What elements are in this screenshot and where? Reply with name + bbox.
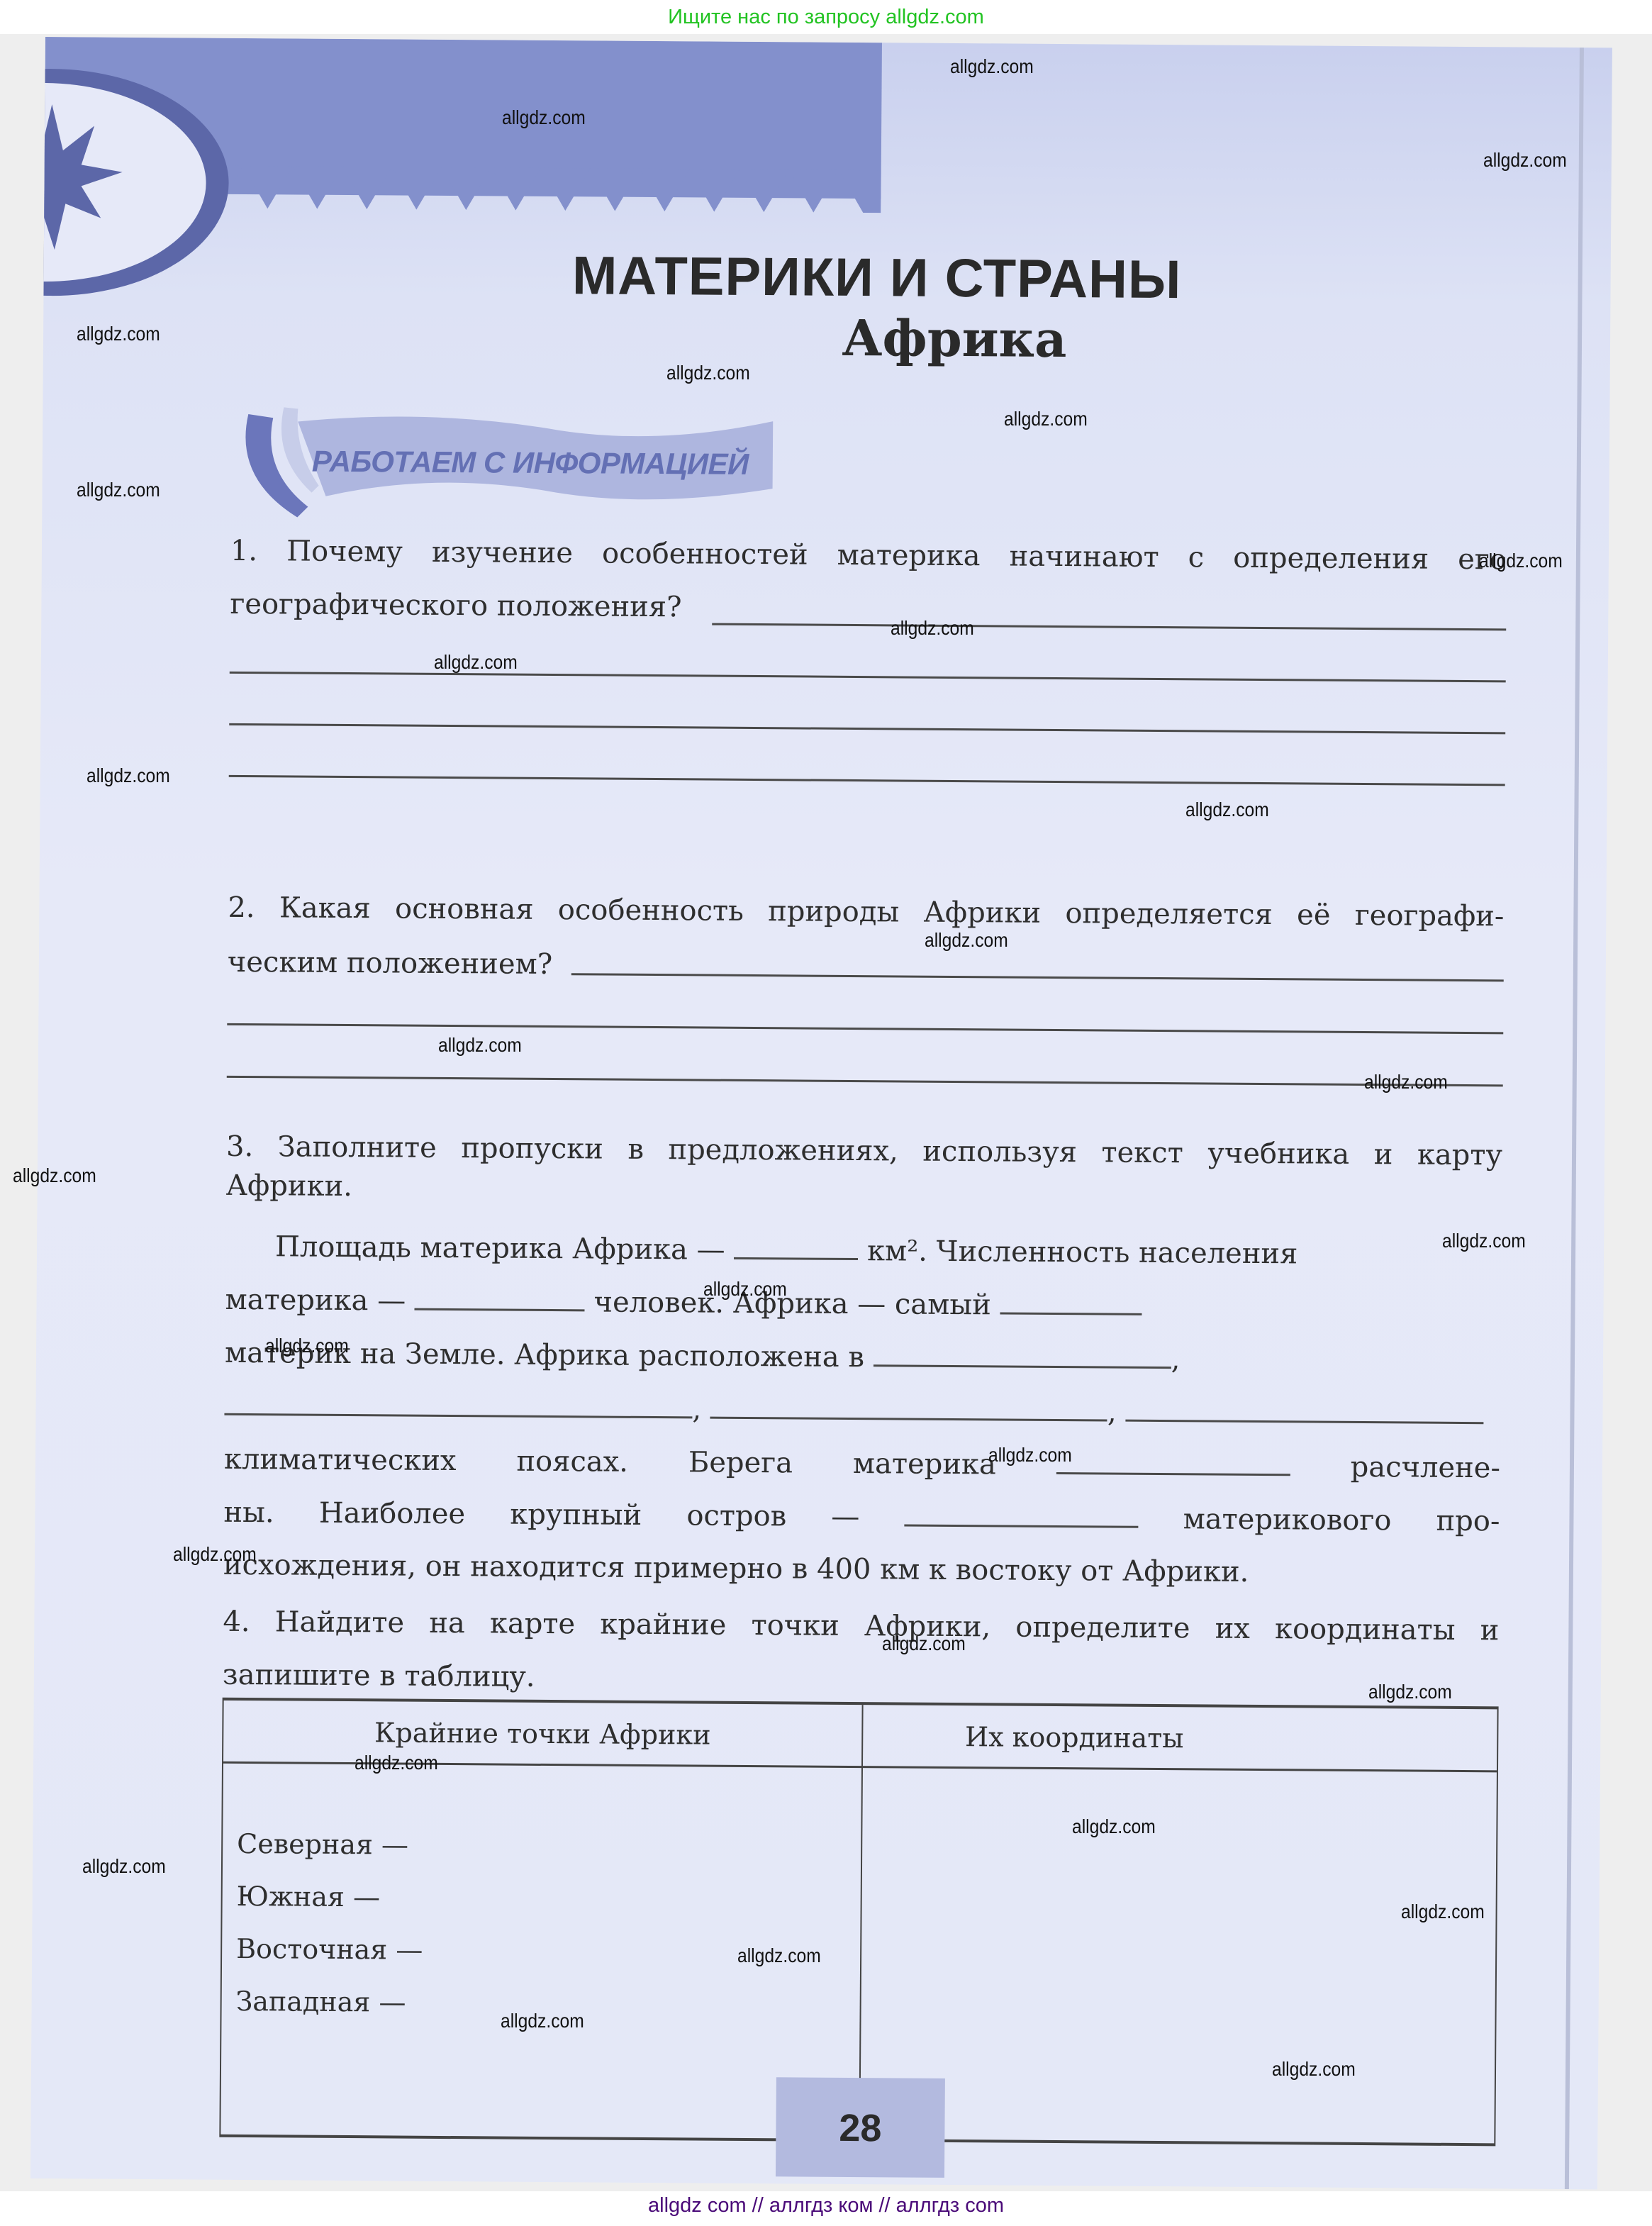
q1-answer-line-3[interactable] — [229, 723, 1505, 735]
watermark: allgdz.com — [82, 1855, 166, 1878]
watermark: allgdz.com — [77, 479, 160, 501]
table-header-coordinates: Их координаты — [861, 1720, 1287, 1754]
watermark: allgdz.com — [501, 2010, 584, 2032]
table-row-east: Восточная — — [236, 1933, 423, 1966]
q1-answer-line-1[interactable] — [712, 623, 1506, 631]
watermark: allgdz.com — [737, 1944, 821, 1967]
fill-text: человек. Африка — самый — [593, 1286, 991, 1321]
watermark: allgdz.com — [1442, 1230, 1526, 1252]
fill-text: климатических поясах. Берега материка — [224, 1443, 996, 1481]
watermark: allgdz.com — [1364, 1071, 1448, 1093]
fill-text: ны. Наиболее крупный остров — — [223, 1496, 859, 1533]
watermark: allgdz.com — [891, 617, 974, 640]
watermark: allgdz.com — [1072, 1815, 1156, 1838]
chapter-title: МАТЕРИКИ И СТРАНЫ — [43, 241, 1612, 314]
watermark: allgdz.com — [882, 1632, 966, 1655]
fill-text: , — [1107, 1396, 1117, 1429]
watermark: allgdz.com — [1004, 408, 1088, 430]
watermark: allgdz.com — [438, 1034, 522, 1057]
q1-text-line2: географического положения? — [230, 588, 681, 623]
watermark: allgdz.com — [1483, 149, 1567, 172]
watermark: allgdz.com — [13, 1164, 96, 1187]
q4-text-line2: запишите в таблицу. — [223, 1659, 535, 1693]
q3-fill-sentence-2: материка — человек. Африка — самый — [225, 1283, 1142, 1323]
q3-text-line1: 3. Заполните пропуски в предложениях, ис… — [226, 1130, 1502, 1172]
q2-answer-line-1[interactable] — [571, 973, 1504, 981]
area-blank[interactable] — [734, 1233, 858, 1260]
watermark: allgdz.com — [173, 1543, 257, 1566]
q2-text-line2: ческим положением? — [228, 946, 553, 981]
q3-fill-sentence-5: климатических поясах. Берега материка ра… — [224, 1442, 1500, 1485]
q1-answer-line-4[interactable] — [229, 775, 1505, 786]
table-column-divider — [859, 1705, 863, 2139]
q1-text-line1: 1. Почему изучение особенностей материка… — [230, 535, 1507, 577]
table-row-south: Южная — — [237, 1881, 381, 1913]
watermark: allgdz.com — [1272, 2058, 1356, 2081]
watermark: allgdz.com — [265, 1335, 349, 1357]
table-row-west: Западная — — [236, 1986, 406, 2018]
page-number-box: 28 — [776, 2077, 945, 2178]
watermark: allgdz.com — [1368, 1681, 1452, 1703]
climate-belt-blank-1[interactable] — [874, 1340, 1171, 1369]
bottom-promo-banner: allgdz com // аллгдз ком // аллгдз com — [0, 2191, 1652, 2226]
top-promo-banner: Ищите нас по запросу allgdz.com — [0, 0, 1652, 34]
island-blank[interactable] — [904, 1501, 1138, 1528]
watermark: allgdz.com — [1479, 550, 1563, 572]
watermark: allgdz.com — [1401, 1901, 1485, 1923]
coastline-blank[interactable] — [1056, 1448, 1290, 1476]
q2-answer-line-2[interactable] — [227, 1023, 1503, 1035]
climate-belt-blank-2[interactable] — [224, 1389, 692, 1419]
q3-fill-sentence-3: материк на Земле. Африка расположена в , — [225, 1336, 1181, 1376]
fill-text: , — [692, 1393, 701, 1425]
workbook-page: МАТЕРИКИ И СТРАНЫ Африка РАБОТАЕМ С ИНФО… — [30, 37, 1612, 2189]
watermark: allgdz.com — [77, 323, 160, 345]
population-blank[interactable] — [415, 1284, 585, 1312]
q2-text-line1: 2. Какая основная особенность природы Аф… — [228, 891, 1504, 933]
fill-text: материка — — [225, 1284, 406, 1318]
q3-fill-sentence-6: ны. Наиболее крупный остров — материково… — [223, 1496, 1500, 1538]
fill-text: материкового про- — [1183, 1503, 1500, 1537]
q3-text-line2: Африки. — [226, 1169, 353, 1203]
fill-text: расчлене- — [1351, 1451, 1501, 1484]
table-row-north: Северная — — [237, 1828, 408, 1861]
section-label: РАБОТАЕМ С ИНФОРМАЦИЕЙ — [312, 445, 749, 482]
fill-text: , — [1171, 1343, 1180, 1376]
page-number: 28 — [776, 2105, 944, 2151]
climate-belt-blank-3[interactable] — [710, 1393, 1107, 1422]
table-header-points: Крайние точки Африки — [223, 1716, 861, 1752]
q3-fill-sentence-1: Площадь материка Африка — км². Численнос… — [275, 1230, 1298, 1270]
q4-text-line1: 4. Найдите на карте крайние точки Африки… — [223, 1605, 1499, 1647]
watermark: allgdz.com — [86, 764, 170, 787]
fill-text: км². Численность населения — [867, 1235, 1298, 1270]
watermark: allgdz.com — [1185, 798, 1269, 821]
size-rank-blank[interactable] — [1000, 1288, 1142, 1315]
climate-belt-blank-4[interactable] — [1125, 1396, 1483, 1425]
q2-answer-line-3[interactable] — [227, 1076, 1503, 1087]
watermark: allgdz.com — [434, 651, 518, 674]
watermark: allgdz.com — [950, 55, 1034, 78]
fill-text: Площадь материка Африка — — [275, 1230, 725, 1266]
watermark: allgdz.com — [355, 1752, 438, 1774]
watermark: allgdz.com — [925, 929, 1008, 952]
watermark: allgdz.com — [988, 1444, 1072, 1467]
watermark: allgdz.com — [502, 106, 586, 129]
q3-fill-sentence-4: , , — [224, 1389, 1483, 1431]
q3-fill-sentence-7: исхождения, он находится примерно в 400 … — [223, 1549, 1249, 1588]
watermark: allgdz.com — [703, 1278, 787, 1301]
chapter-subtitle: Африка — [43, 303, 1612, 374]
q1-answer-line-2[interactable] — [230, 672, 1506, 683]
watermark: allgdz.com — [666, 362, 750, 384]
